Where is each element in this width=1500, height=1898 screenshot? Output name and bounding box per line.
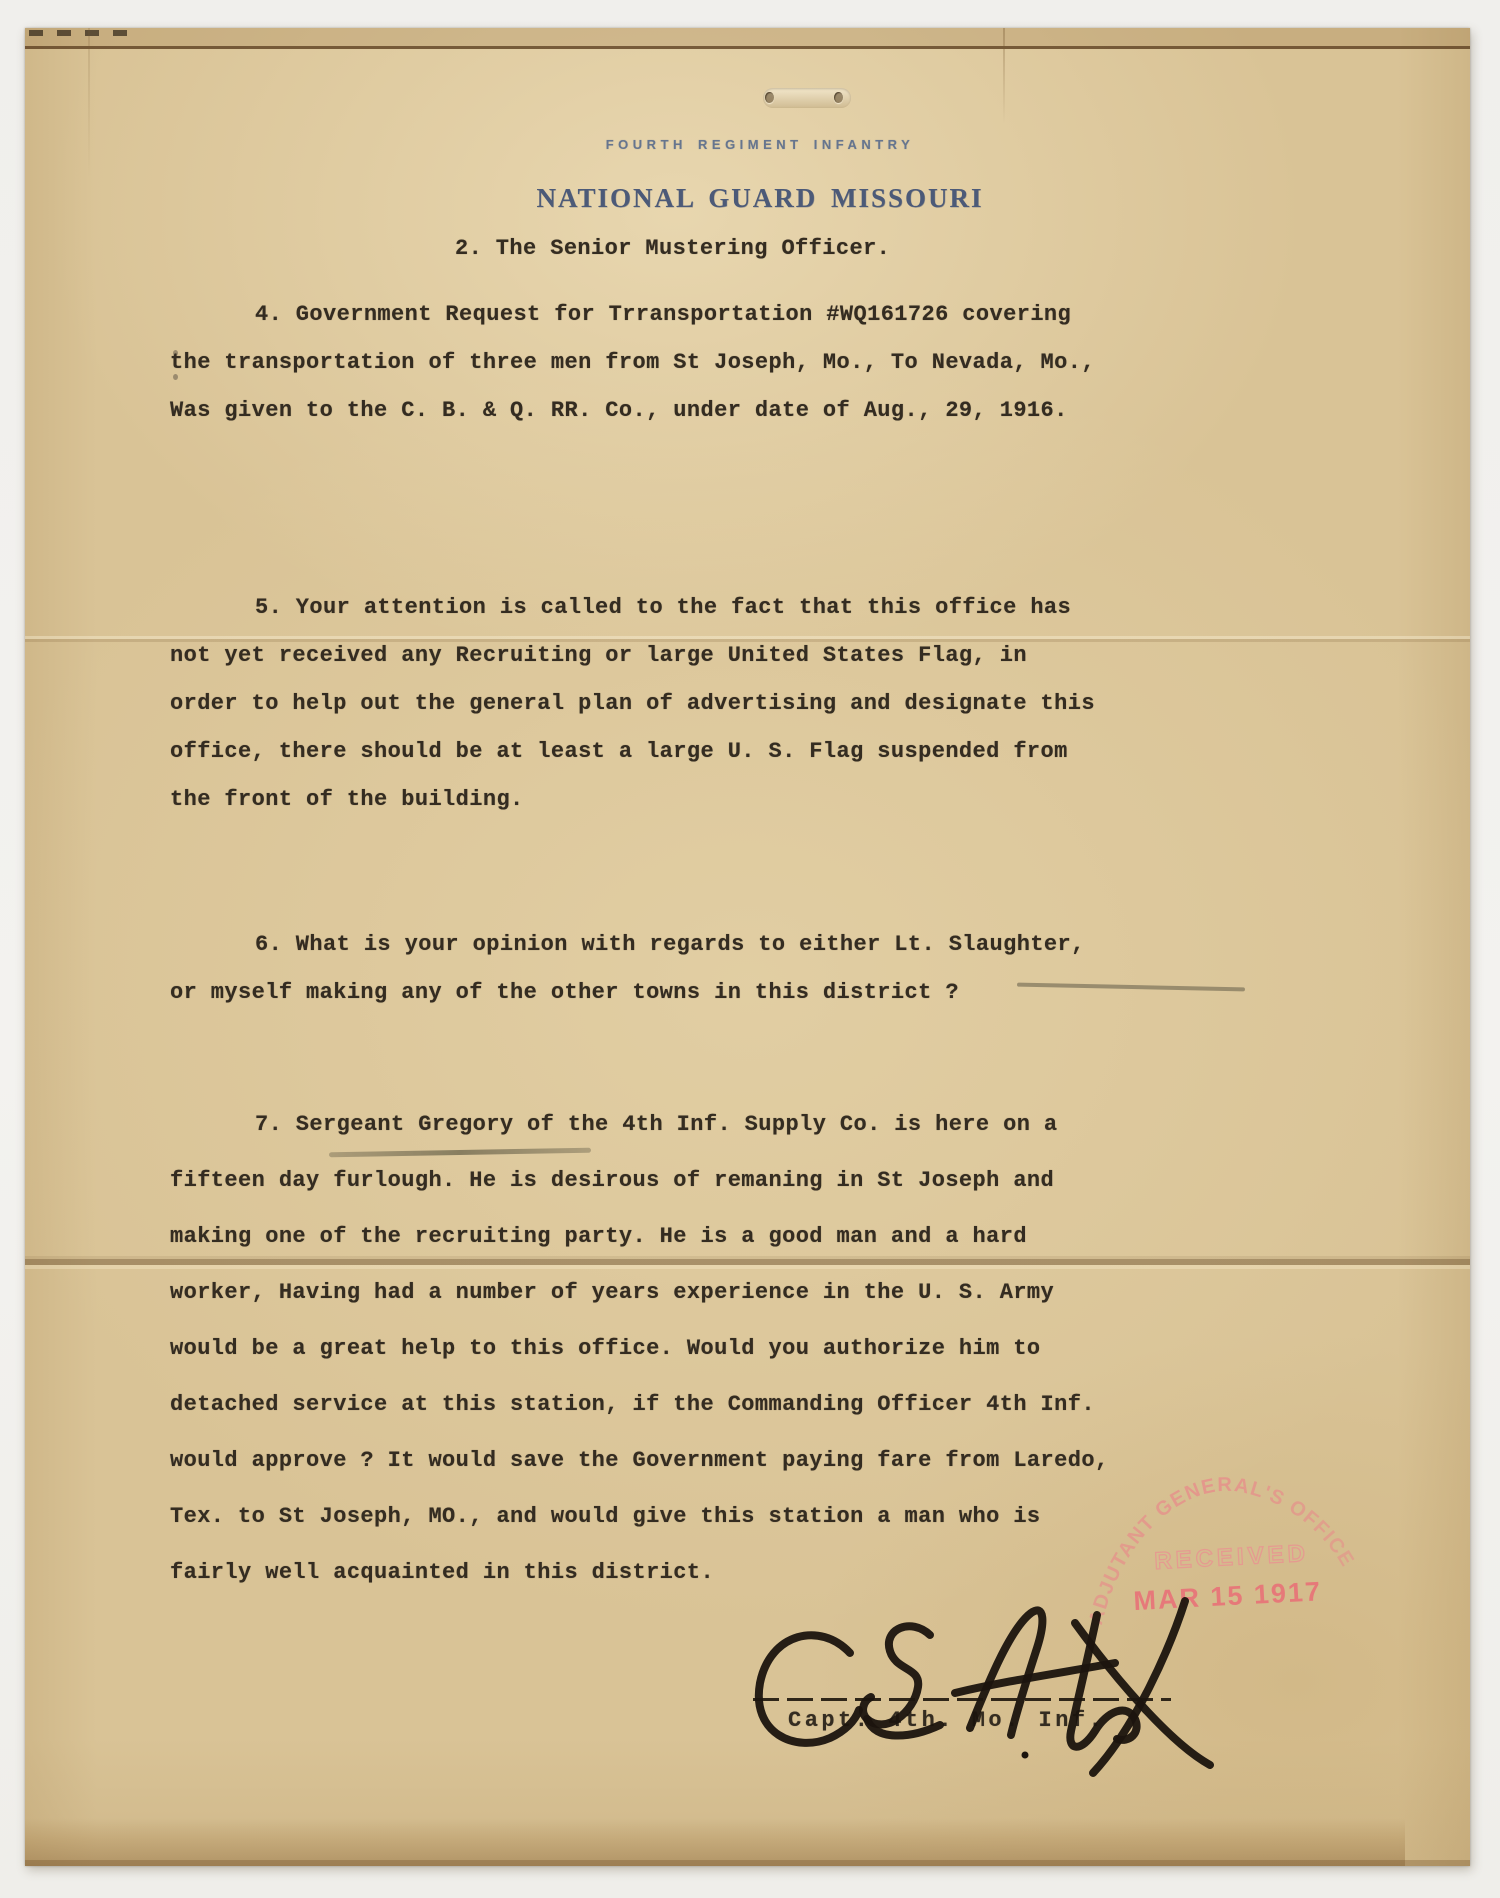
vertical-crease xyxy=(1003,28,1005,123)
scanned-letter: FOURTH REGIMENT INFANTRY NATIONAL GUARD … xyxy=(0,0,1500,1898)
letterhead-regiment-line: FOURTH REGIMENT INFANTRY xyxy=(606,137,915,152)
paragraph-6: 6. What is your opinion with regards to … xyxy=(170,921,1190,1017)
paper-top-edge-marks xyxy=(29,30,139,36)
paper-top-fold-strip xyxy=(25,28,1470,49)
salutation-line: 2. The Senior Mustering Officer. xyxy=(455,234,890,264)
letter-paper: FOURTH REGIMENT INFANTRY NATIONAL GUARD … xyxy=(25,28,1470,1866)
staple-hole xyxy=(834,92,843,103)
paragraph-7: 7. Sergeant Gregory of the 4th Inf. Supp… xyxy=(170,1097,1190,1601)
bottom-stain xyxy=(25,1818,1405,1866)
paragraph-4: 4. Government Request for Trransportatio… xyxy=(170,291,1190,435)
letterhead-organization-line: NATIONAL GUARD MISSOURI xyxy=(536,183,983,214)
paper-bottom-edge xyxy=(25,1860,1470,1866)
paragraph-5: 5. Your attention is called to the fact … xyxy=(170,584,1190,824)
staple-damage-mark xyxy=(763,88,851,108)
signature-script xyxy=(715,1593,1215,1793)
vertical-crease xyxy=(88,28,90,178)
staple-hole xyxy=(765,92,774,103)
